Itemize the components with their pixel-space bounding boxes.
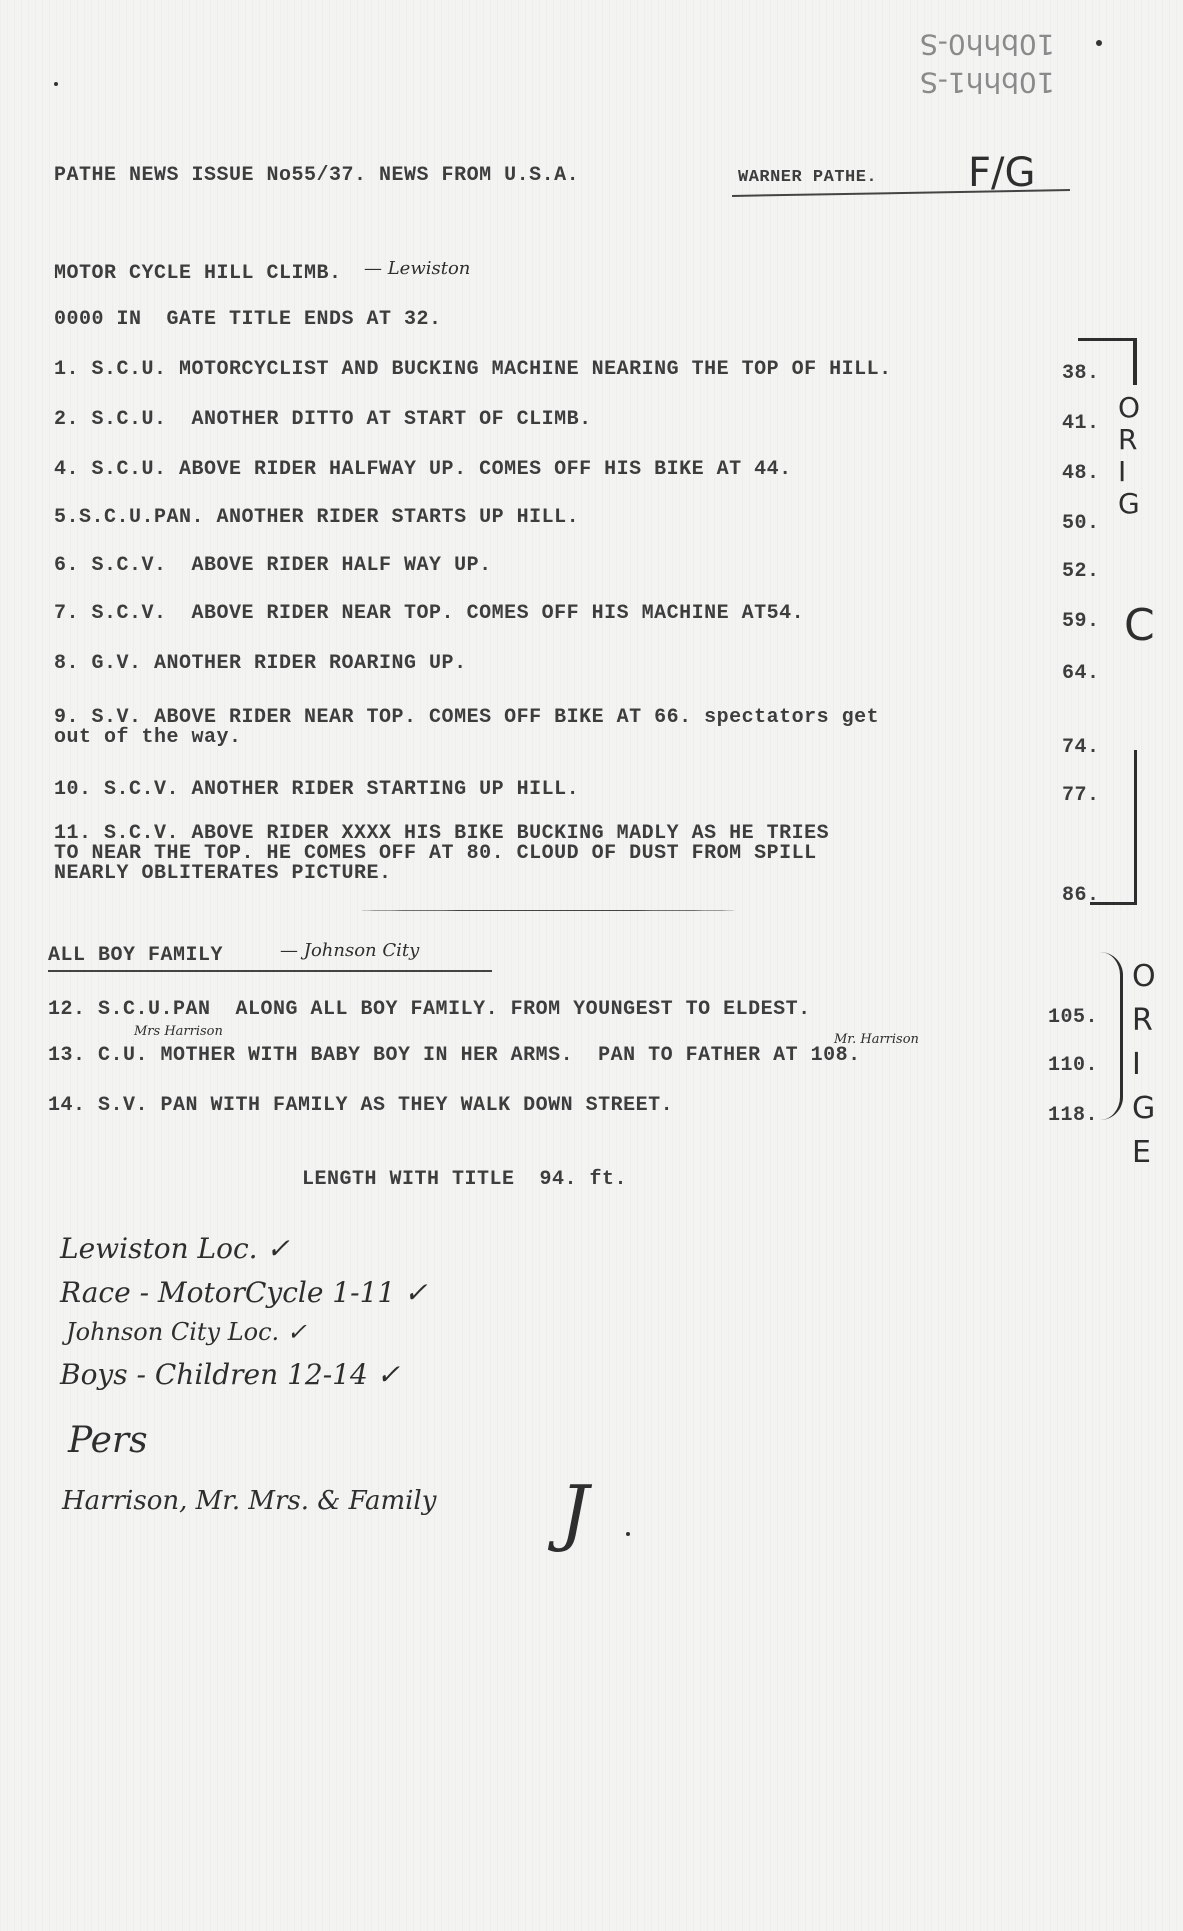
signature-dot <box>626 1532 630 1536</box>
shot-4: 4. S.C.U. ABOVE RIDER HALFWAY UP. COMES … <box>54 458 792 481</box>
shot-14: 14. S.V. PAN WITH FAMILY AS THEY WALK DO… <box>48 1094 673 1117</box>
reference-stamp-1: 10bhh0-S <box>920 28 1055 61</box>
footage-13: 110. <box>1048 1054 1108 1077</box>
shot-8: 8. G.V. ANOTHER RIDER ROARING UP. <box>54 652 467 675</box>
margin-note-orig: ORIG <box>1118 392 1142 520</box>
story1-end-line <box>360 910 736 911</box>
story2-location: — Johnson City <box>280 940 419 961</box>
margin-note-orige: ORIGE <box>1132 955 1158 1175</box>
shot-13: 13. C.U. MOTHER WITH BABY BOY IN HER ARM… <box>48 1044 861 1067</box>
people-label: Pers <box>68 1420 148 1461</box>
shot-6: 6. S.C.V. ABOVE RIDER HALF WAY UP. <box>54 554 492 577</box>
note-johnson-city: Johnson City Loc. ✓ <box>66 1318 307 1346</box>
story2-underline <box>48 970 492 972</box>
shot-2: 2. S.C.U. ANOTHER DITTO AT START OF CLIM… <box>54 408 592 431</box>
shot-10: 10. S.C.V. ANOTHER RIDER STARTING UP HIL… <box>54 778 579 801</box>
story2-title: ALL BOY FAMILY <box>48 944 223 967</box>
shot-12: 12. S.C.U.PAN ALONG ALL BOY FAMILY. FROM… <box>48 998 811 1021</box>
footage-14: 118. <box>1048 1104 1108 1127</box>
margin-paren-story2 <box>1100 952 1123 1120</box>
people-names: Harrison, Mr. Mrs. & Family <box>62 1486 436 1516</box>
initials-signature: J <box>560 1470 589 1554</box>
footage-6: 52. <box>1062 560 1122 583</box>
shot-7: 7. S.C.V. ABOVE RIDER NEAR TOP. COMES OF… <box>54 602 804 625</box>
margin-bracket-right <box>1090 750 1137 905</box>
shot-9: 9. S.V. ABOVE RIDER NEAR TOP. COMES OFF … <box>54 708 879 748</box>
company-name: WARNER PATHE. <box>738 168 877 187</box>
reference-stamp-2: 10bhh1-S <box>920 66 1055 99</box>
corner-mark <box>54 82 58 86</box>
issue-header: PATHE NEWS ISSUE No55/37. NEWS FROM U.S.… <box>54 164 579 187</box>
footage-2: 41. <box>1062 412 1122 435</box>
margin-bracket-top <box>1078 338 1137 385</box>
note-boys-children: Boys - Children 12-14 ✓ <box>60 1358 400 1391</box>
footage-4: 48. <box>1062 462 1122 485</box>
note-race-motorcycle: Race - MotorCycle 1-11 ✓ <box>60 1276 428 1309</box>
hole-punch-dot <box>1096 40 1102 46</box>
note-lewiston: Lewiston Loc. ✓ <box>60 1232 290 1265</box>
story1-location: — Lewiston <box>364 258 470 279</box>
gate-title-line: 0000 IN GATE TITLE ENDS AT 32. <box>54 308 442 331</box>
length-with-title: LENGTH WITH TITLE 94. ft. <box>302 1168 627 1191</box>
annotation-mrs-harrison: Mrs Harrison <box>134 1024 223 1039</box>
footage-7: 59. <box>1062 610 1122 633</box>
shot-5: 5.S.C.U.PAN. ANOTHER RIDER STARTS UP HIL… <box>54 506 579 529</box>
margin-note-c: C <box>1124 600 1155 651</box>
shot-11: 11. S.C.V. ABOVE RIDER XXXX HIS BIKE BUC… <box>54 824 829 884</box>
shot-1: 1. S.C.U. MOTORCYCLIST AND BUCKING MACHI… <box>54 358 892 381</box>
footage-12: 105. <box>1048 1006 1108 1029</box>
footage-5: 50. <box>1062 512 1122 535</box>
story1-title: MOTOR CYCLE HILL CLIMB. <box>54 262 342 285</box>
footage-8: 64. <box>1062 662 1122 685</box>
